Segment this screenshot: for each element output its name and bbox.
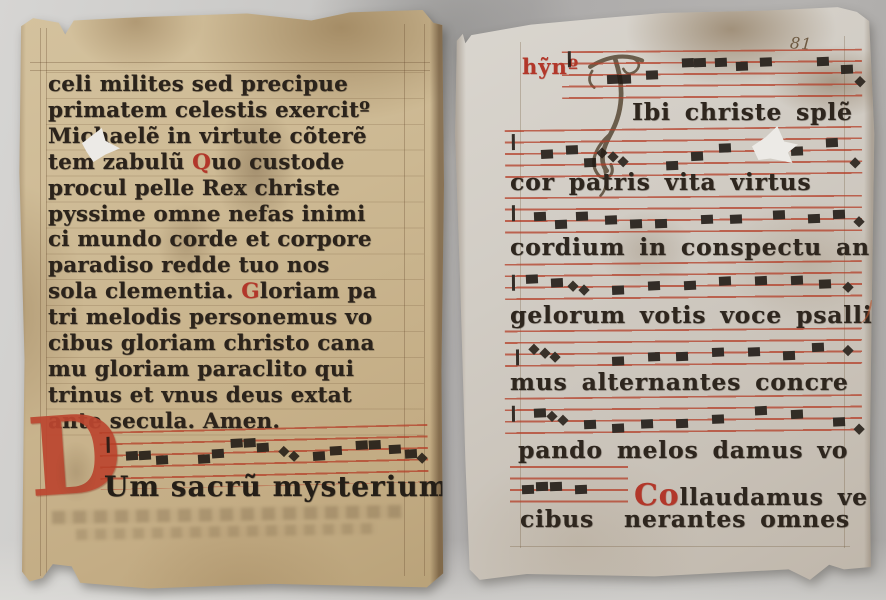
- neume-bar: [106, 437, 109, 453]
- neume-bar: [512, 134, 515, 150]
- neume-di: [850, 157, 861, 168]
- text-segment: cibus gloriam christo cana: [48, 331, 375, 356]
- text-segment: ci mundo corde et corpore: [48, 227, 372, 252]
- neume-sq: [522, 485, 534, 494]
- neume-sq: [583, 157, 595, 167]
- neume-sq: [612, 423, 624, 433]
- neume-sq: [211, 449, 224, 459]
- manuscript-text-line: ci mundo corde et corpore: [48, 227, 434, 253]
- neume-sq: [536, 482, 548, 491]
- music-staff: [510, 466, 628, 504]
- ink-smudge: [56, 442, 96, 502]
- neume-sq: [526, 275, 538, 285]
- neume-sq: [790, 410, 802, 420]
- neume-sq: [783, 351, 795, 361]
- neume-sq: [550, 482, 562, 491]
- neume-sq: [755, 406, 767, 416]
- neume-sq: [648, 281, 660, 291]
- neume-sq: [355, 440, 368, 450]
- manuscript-text-line: pando melos damus vo: [518, 438, 848, 464]
- neume-sq: [817, 57, 829, 67]
- neume-di: [417, 452, 428, 463]
- neume-bar: [516, 350, 519, 366]
- manuscript-text-line: Ibi christe splẽ: [632, 100, 853, 126]
- text-segment: mus alternantes concre: [510, 368, 849, 396]
- neume-sq: [156, 455, 169, 465]
- neume-sq: [576, 212, 588, 221]
- neume-sq: [541, 150, 553, 160]
- bleedthrough-text: [76, 523, 376, 540]
- neume-sq: [690, 152, 702, 162]
- neume-di: [289, 450, 300, 461]
- text-segment: primatem celestis exercitº: [48, 98, 370, 123]
- neume-di: [618, 156, 629, 167]
- neume-sq: [841, 65, 853, 75]
- neume-di: [546, 411, 557, 422]
- neume-sq: [607, 75, 619, 85]
- text-segment: Ibi christe splẽ: [632, 98, 853, 126]
- neume-bar: [512, 405, 515, 421]
- margin-rule: [30, 70, 430, 71]
- neume-sq: [139, 450, 152, 460]
- neume-sq: [790, 276, 802, 286]
- neume-sq: [676, 419, 688, 429]
- neume-sq: [612, 285, 624, 295]
- manuscript-text-line: cordium in conspectu an: [510, 235, 870, 261]
- text-segment: uo custode: [211, 150, 344, 175]
- neume-sq: [808, 214, 820, 223]
- manuscript-text-line: celi milites sed precipue: [48, 72, 434, 98]
- neume-sq: [826, 138, 838, 148]
- neume-di: [853, 423, 864, 434]
- red-initial: G: [241, 279, 260, 304]
- neume-sq: [748, 347, 760, 357]
- neume-sq: [694, 58, 706, 68]
- red-initial: Q: [192, 150, 211, 175]
- neume-sq: [551, 278, 563, 288]
- neume-sq: [701, 215, 713, 224]
- neume-sq: [244, 438, 257, 448]
- neume-bar: [512, 205, 515, 221]
- neume-sq: [126, 451, 139, 461]
- text-segment: loriam pa: [260, 279, 377, 304]
- manuscript-text-line: procul pelle Rex christe: [48, 176, 434, 202]
- manuscript-text-line: cibusnerantes omnes: [520, 507, 850, 533]
- neume-sq: [715, 58, 727, 68]
- neume-sq: [630, 219, 642, 228]
- neume-di: [578, 284, 589, 295]
- text-segment: cibus: [520, 505, 594, 533]
- neume-sq: [612, 356, 624, 366]
- neume-sq: [833, 210, 845, 219]
- text-segment: cordium in conspectu an: [510, 233, 870, 261]
- chant-text-line: Um sacrũ mysterium: [104, 474, 449, 500]
- music-staff: [562, 49, 862, 100]
- text-segment: Um sacrũ mysterium: [104, 470, 449, 503]
- text-segment: celi milites sed precipue: [48, 72, 348, 97]
- neume-sq: [719, 277, 731, 287]
- margin-rule: [510, 546, 850, 547]
- neume-di: [557, 415, 568, 426]
- neume-sq: [231, 438, 244, 448]
- text-segment: pyssime omne nefas inimi: [48, 202, 365, 227]
- text-segment: tem zabulũ: [48, 150, 192, 175]
- neume-sq: [533, 409, 545, 419]
- text-segment: nerantes omnes: [624, 505, 850, 533]
- neume-di: [843, 282, 854, 293]
- text-segment: mu gloriam paraclito qui: [48, 357, 354, 382]
- text-segment: procul pelle Rex christe: [48, 176, 340, 201]
- text-segment: pando melos damus vo: [518, 436, 848, 464]
- neume-sq: [712, 414, 724, 424]
- neume-sq: [819, 279, 831, 289]
- manuscript-text-line: primatem celestis exercitº: [48, 98, 434, 124]
- neume-sq: [555, 220, 567, 229]
- neume-sq: [655, 219, 667, 228]
- neume-sq: [812, 343, 824, 353]
- margin-rule: [30, 62, 430, 63]
- neume-sq: [760, 57, 772, 67]
- neume-sq: [329, 446, 342, 456]
- neume-sq: [719, 144, 731, 154]
- neume-di: [854, 76, 865, 87]
- right-leaf-parchment: 81 hỹnº Ibi christe splẽ cor patris vita…: [450, 6, 876, 588]
- manuscript-text-line: cibus gloriam christo cana: [48, 331, 434, 357]
- manuscript-text-line: cor patris vita virtus: [510, 170, 811, 196]
- neume-sq: [648, 352, 660, 362]
- manuscript-text-line: mu gloriam paraclito qui: [48, 357, 434, 383]
- neume-di: [528, 344, 539, 355]
- neume-bar: [512, 275, 515, 291]
- manuscript-text-line: gelorum votis voce psalli: [510, 303, 872, 329]
- neume-di: [853, 216, 864, 227]
- neume-sq: [736, 62, 748, 72]
- text-segment: tri melodis personemus vo: [48, 305, 372, 330]
- text-segment: cor patris vita virtus: [510, 168, 811, 196]
- neume-sq: [605, 215, 617, 224]
- neume-sq: [533, 212, 545, 221]
- neume-bar: [568, 51, 571, 67]
- neume-sq: [833, 417, 845, 427]
- manuscript-text-line: pyssime omne nefas inimi: [48, 202, 434, 228]
- text-segment: gelorum votis voce psalli: [510, 301, 872, 329]
- text-segment: sola clementia.: [48, 279, 241, 304]
- neume-di: [550, 351, 561, 362]
- neume-sq: [575, 485, 587, 494]
- neume-sq: [730, 215, 742, 224]
- manuscript-text-line: paradiso redde tuo nos: [48, 253, 434, 279]
- manuscript-text-line: mus alternantes concre: [510, 370, 849, 396]
- left-text-block: celi milites sed precipue primatem celes…: [48, 72, 434, 435]
- neume-di: [596, 148, 607, 159]
- neume-sq: [683, 281, 695, 291]
- neume-sq: [565, 145, 577, 155]
- left-leaf: celi milites sed precipue primatem celes…: [16, 10, 444, 592]
- right-leaf: 81 hỹnº Ibi christe splẽ cor patris vita…: [450, 6, 876, 588]
- neume-sq: [388, 444, 401, 454]
- text-segment: paradiso redde tuo nos: [48, 253, 329, 278]
- neume-sq: [676, 352, 688, 362]
- manuscript-text-line: sola clementia. Gloriam pa: [48, 279, 434, 305]
- neume-sq: [313, 451, 326, 461]
- neume-sq: [257, 442, 270, 452]
- left-leaf-parchment: celi milites sed precipue primatem celes…: [16, 10, 444, 592]
- neume-di: [568, 281, 579, 292]
- neume-di: [842, 345, 853, 356]
- neume-sq: [198, 454, 211, 464]
- neume-sq: [712, 348, 724, 358]
- neume-sq: [646, 71, 658, 81]
- neume-sq: [682, 58, 694, 68]
- neume-sq: [641, 419, 653, 429]
- neume-sq: [755, 276, 767, 286]
- neume-sq: [773, 210, 785, 219]
- neume-sq: [583, 420, 595, 430]
- neume-sq: [619, 75, 631, 85]
- manuscript-text-line: tri melodis personemus vo: [48, 305, 434, 331]
- neume-sq: [368, 440, 381, 450]
- neume-sq: [405, 449, 418, 459]
